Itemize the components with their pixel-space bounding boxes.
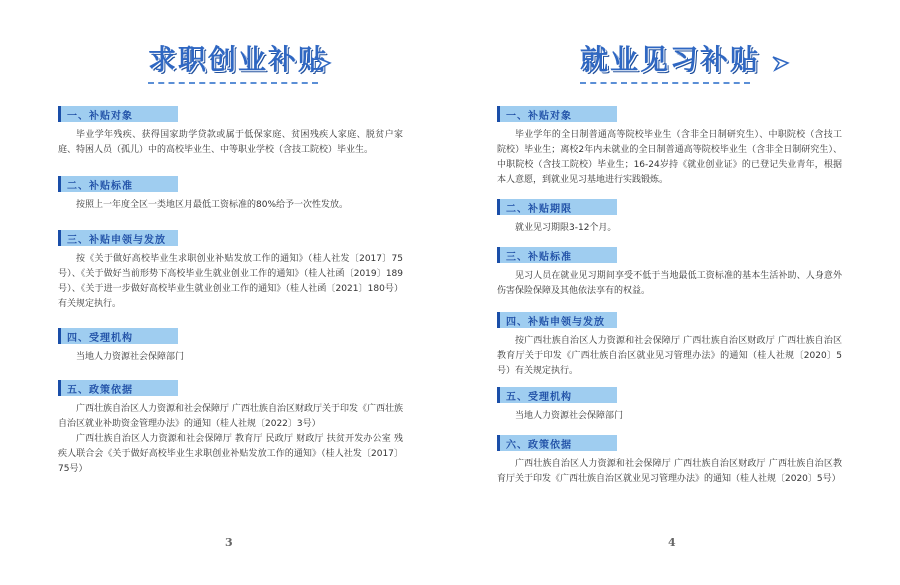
section-subsidy-standard: 三、补贴标准 见习人员在就业见习期间享受不低于当地最低工资标准的基本生活补助、人… xyxy=(497,247,842,299)
section-heading: 一、补贴对象 xyxy=(58,106,178,122)
section-heading: 二、补贴标准 xyxy=(58,176,178,192)
title-underline xyxy=(580,82,750,84)
section-body: 按照上一年度全区一类地区月最低工资标准的80%给予一次性发放。 xyxy=(58,198,403,213)
page-left: 求职创业补贴 一、补贴对象 毕业学年残疾、获得国家助学贷款或属于低保家庭、贫困残… xyxy=(0,0,450,585)
section-subsidy-target: 一、补贴对象 毕业学年残疾、获得国家助学贷款或属于低保家庭、贫困残疾人家庭、脱贫… xyxy=(58,106,403,158)
section-heading: 三、补贴标准 xyxy=(497,247,617,263)
page-title: 就业见习补贴 xyxy=(580,40,780,80)
section-heading: 五、政策依据 xyxy=(58,380,178,396)
page-number: 3 xyxy=(225,536,233,549)
page-right: 就业见习补贴 一、补贴对象 毕业学年的全日制普通高等院校毕业生（含非全日制研究生… xyxy=(450,0,900,585)
section-body: 毕业学年残疾、获得国家助学贷款或属于低保家庭、贫困残疾人家庭、脱贫户家庭、特困人… xyxy=(58,128,403,158)
section-policy-basis: 五、政策依据 广西壮族自治区人力资源和社会保障厅 广西壮族自治区财政厅关于印发《… xyxy=(58,380,403,477)
section-subsidy-period: 二、补贴期限 就业见习期限3-12个月。 xyxy=(497,199,842,236)
section-heading: 一、补贴对象 xyxy=(497,106,617,122)
section-body: 当地人力资源社会保障部门 xyxy=(497,409,842,424)
section-heading: 四、受理机构 xyxy=(58,328,178,344)
section-body: 当地人力资源社会保障部门 xyxy=(58,350,403,365)
page-title-block: 就业见习补贴 xyxy=(580,40,780,90)
section-subsidy-target: 一、补贴对象 毕业学年的全日制普通高等院校毕业生（含非全日制研究生）、中职院校（… xyxy=(497,106,842,188)
section-heading: 四、补贴申领与发放 xyxy=(497,312,617,328)
section-subsidy-application: 四、补贴申领与发放 按广西壮族自治区人力资源和社会保障厅 广西壮族自治区财政厅 … xyxy=(497,312,842,379)
hand-drawn-arrow-icon xyxy=(770,52,792,74)
section-heading: 二、补贴期限 xyxy=(497,199,617,215)
section-body: 毕业学年的全日制普通高等院校毕业生（含非全日制研究生）、中职院校（含技工院校）毕… xyxy=(497,128,842,188)
section-heading: 五、受理机构 xyxy=(497,387,617,403)
section-handling-agency: 五、受理机构 当地人力资源社会保障部门 xyxy=(497,387,842,424)
section-body: 就业见习期限3-12个月。 xyxy=(497,221,842,236)
section-subsidy-standard: 二、补贴标准 按照上一年度全区一类地区月最低工资标准的80%给予一次性发放。 xyxy=(58,176,403,213)
section-policy-basis: 六、政策依据 广西壮族自治区人力资源和社会保障厅 广西壮族自治区财政厅 广西壮族… xyxy=(497,435,842,487)
title-underline xyxy=(148,82,318,84)
hand-drawn-arrow-icon xyxy=(312,52,334,74)
section-heading: 六、政策依据 xyxy=(497,435,617,451)
section-body: 按《关于做好高校毕业生求职创业补贴发放工作的通知》（桂人社发〔2017〕75号）… xyxy=(58,252,403,312)
page-number: 4 xyxy=(668,536,676,549)
section-subsidy-application: 三、补贴申领与发放 按《关于做好高校毕业生求职创业补贴发放工作的通知》（桂人社发… xyxy=(58,230,403,312)
section-handling-agency: 四、受理机构 当地人力资源社会保障部门 xyxy=(58,328,403,365)
section-body: 见习人员在就业见习期间享受不低于当地最低工资标准的基本生活补助、人身意外伤害保险… xyxy=(497,269,842,299)
section-body: 广西壮族自治区人力资源和社会保障厅 广西壮族自治区财政厅 广西壮族自治区教育厅关… xyxy=(497,457,842,487)
section-body: 广西壮族自治区人力资源和社会保障厅 广西壮族自治区财政厅关于印发《广西壮族自治区… xyxy=(58,402,403,477)
section-body: 按广西壮族自治区人力资源和社会保障厅 广西壮族自治区财政厅 广西壮族自治区教育厅… xyxy=(497,334,842,379)
section-heading: 三、补贴申领与发放 xyxy=(58,230,178,246)
